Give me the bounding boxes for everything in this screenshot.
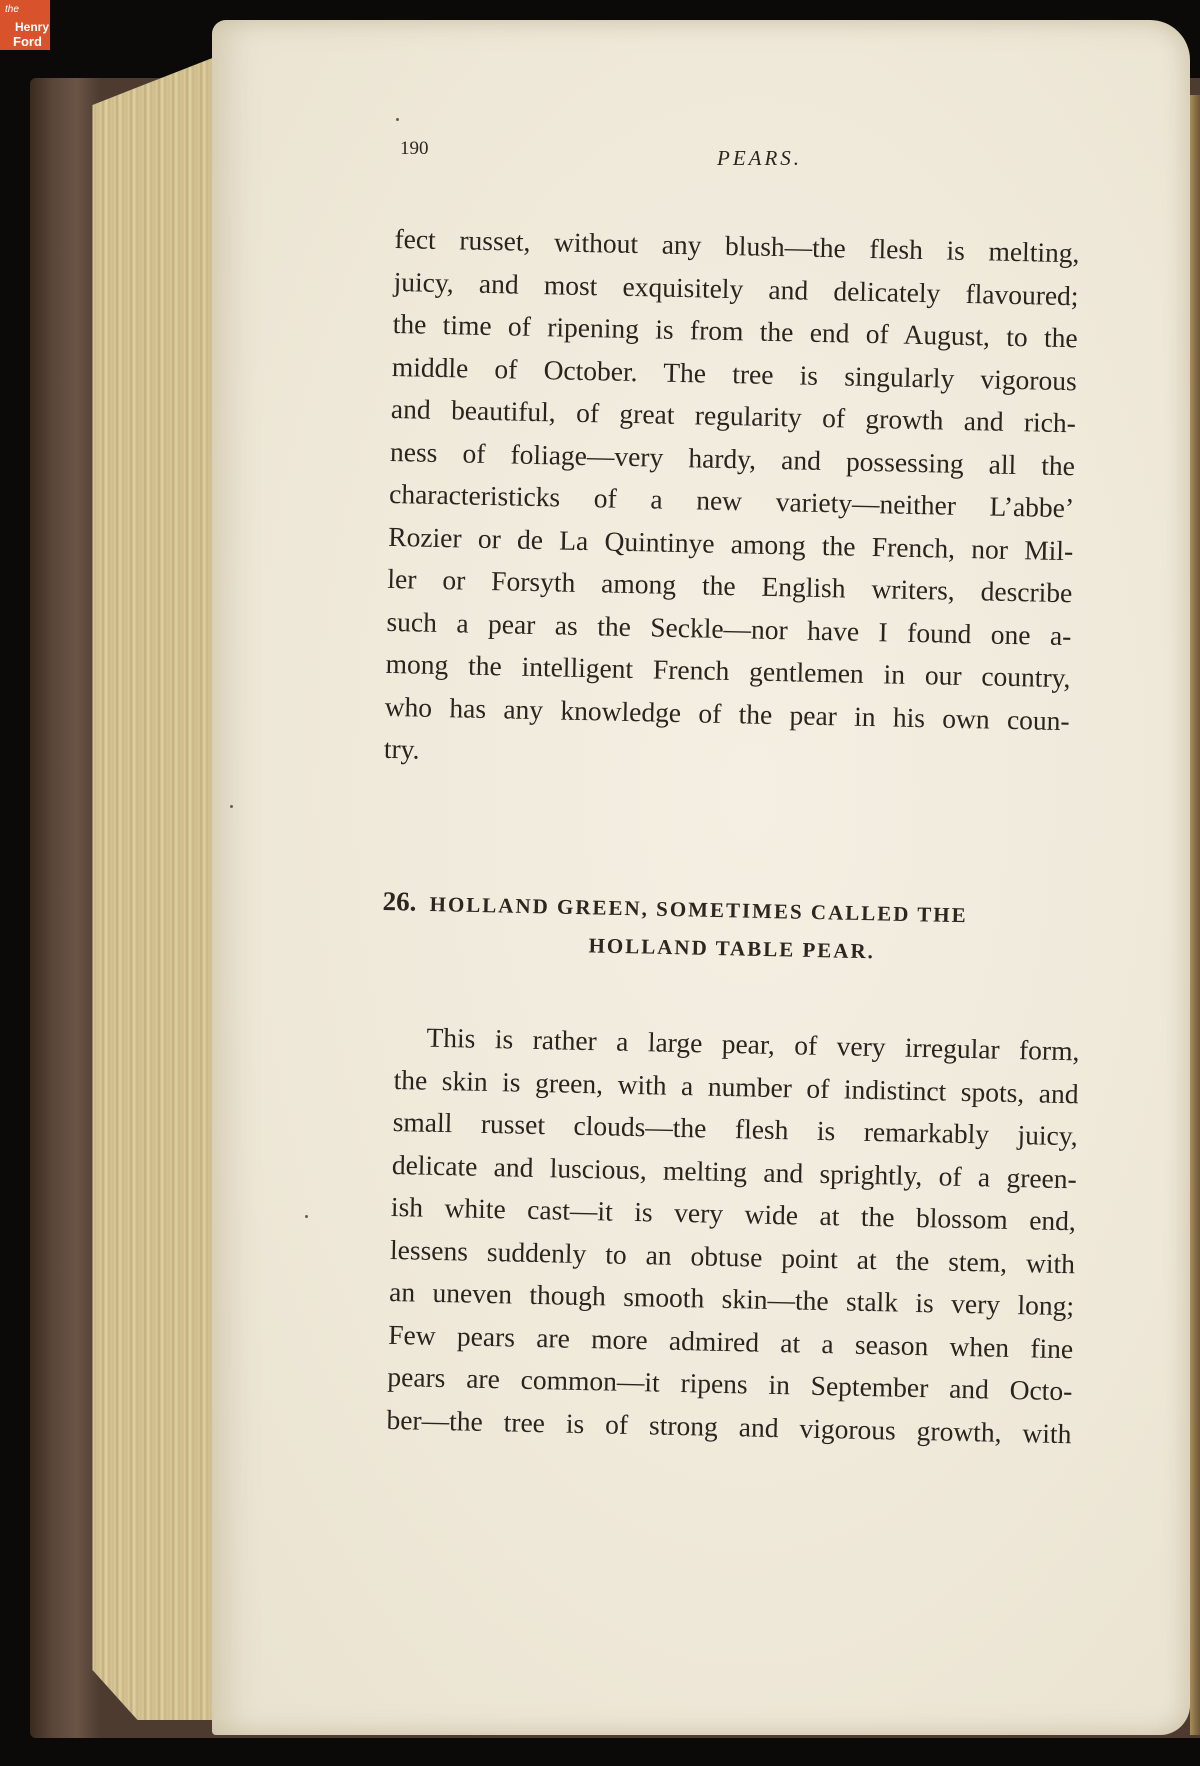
page-number: 190 bbox=[400, 138, 429, 160]
logo-text-the: the bbox=[5, 5, 19, 15]
paragraph-seckle-continued: fect russet, without any blush—the flesh… bbox=[383, 218, 1079, 785]
running-head: PEARS. bbox=[717, 146, 802, 171]
section-title-line1: HOLLAND GREEN, SOMETIMES CALLED THE bbox=[429, 892, 968, 927]
logo-text-henry: Henry bbox=[15, 21, 49, 33]
ink-speck bbox=[305, 1215, 308, 1218]
ink-speck bbox=[230, 805, 233, 808]
right-page-edge bbox=[1190, 95, 1200, 1735]
ink-speck bbox=[396, 118, 399, 121]
section-number: 26. bbox=[382, 886, 416, 917]
page-edges bbox=[70, 55, 220, 1720]
henry-ford-logo: the Henry Ford bbox=[0, 0, 50, 50]
paragraph-holland-green: This is rather a large pear, of very irr… bbox=[386, 1016, 1080, 1455]
logo-text-ford: Ford bbox=[13, 35, 42, 48]
